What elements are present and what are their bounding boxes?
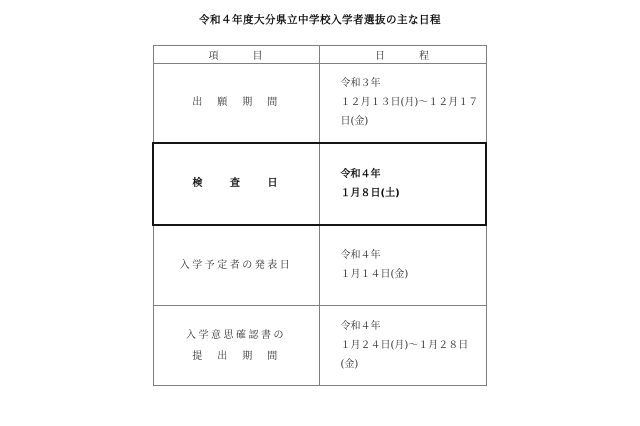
column-header-item: 項 目 [153, 46, 319, 64]
item-cell: 検 査 日 [153, 143, 319, 225]
schedule-date: １月１４日(金) [341, 265, 486, 284]
item-label: 入学予定者の発表日 [154, 255, 319, 276]
item-label-line1: 入学意思確認書の [154, 325, 319, 346]
schedule-cell: 令和４年 １月１４日(金) [319, 225, 486, 306]
table-header-row: 項 目 日 程 [153, 46, 486, 64]
schedule-year: 令和４年 [341, 165, 486, 184]
schedule-date: １２月１３日(月)～１２月１７日(金) [341, 93, 486, 131]
item-cell: 入学意思確認書の 提 出 期 間 [153, 306, 319, 386]
item-label: 出 願 期 間 [154, 92, 319, 113]
schedule-cell: 令和４年 １月８日(土) [319, 143, 486, 225]
item-label: 検 査 日 [154, 173, 319, 194]
table-row-application-period: 出 願 期 間 令和３年 １２月１３日(月)～１２月１７日(金) [153, 64, 486, 143]
table-row-announcement-day: 入学予定者の発表日 令和４年 １月１４日(金) [153, 225, 486, 306]
column-header-schedule: 日 程 [319, 46, 486, 64]
schedule-cell: 令和３年 １２月１３日(月)～１２月１７日(金) [319, 64, 486, 143]
schedule-year: 令和３年 [341, 74, 486, 93]
table-row-exam-day: 検 査 日 令和４年 １月８日(土) [153, 143, 486, 225]
table-row-confirmation-period: 入学意思確認書の 提 出 期 間 令和４年 １月２４日(月)～１月２８日(金) [153, 306, 486, 386]
page-title: 令和４年度大分県立中学校入学者選抜の主な日程 [0, 12, 640, 27]
schedule-table: 項 目 日 程 出 願 期 間 令和３年 １２月１３日(月)～１２月１７日(金)… [152, 45, 487, 386]
item-label-line2: 提 出 期 間 [154, 346, 319, 367]
item-cell: 入学予定者の発表日 [153, 225, 319, 306]
schedule-year: 令和４年 [341, 317, 486, 336]
schedule-date: １月２４日(月)～１月２８日(金) [341, 336, 486, 374]
item-cell: 出 願 期 間 [153, 64, 319, 143]
schedule-cell: 令和４年 １月２４日(月)～１月２８日(金) [319, 306, 486, 386]
schedule-date: １月８日(土) [341, 184, 486, 203]
schedule-year: 令和４年 [341, 246, 486, 265]
